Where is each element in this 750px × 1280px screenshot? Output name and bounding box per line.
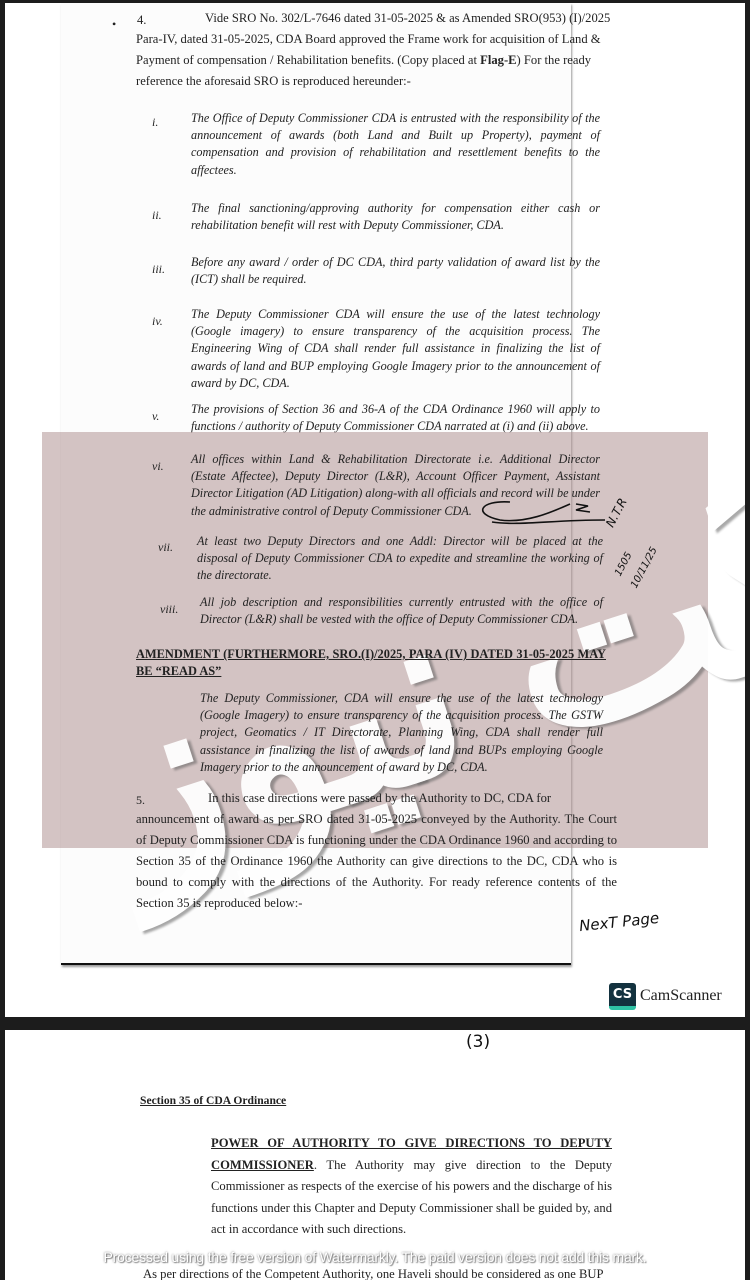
section-35-text: POWER OF AUTHORITY TO GIVE DIRECTIONS TO… (211, 1133, 612, 1241)
scanned-page-3: (3) Section 35 of CDA Ordinance POWER OF… (5, 1030, 745, 1280)
item-numeral: vii. (158, 540, 173, 555)
sro-item-i: The Office of Deputy Commissioner CDA is… (191, 110, 600, 179)
para-5-number: 5. (136, 793, 145, 808)
para-5-body: announcement of award as per SRO dated 3… (136, 809, 617, 914)
item-numeral: vi. (152, 459, 164, 474)
para-4-line1: Vide SRO No. 302/L-7646 dated 31-05-2025… (205, 8, 620, 29)
sro-item-v: The provisions of Section 36 and 36-A of… (191, 401, 600, 435)
signature-icon (470, 496, 610, 532)
flag-reference: Flag-E (480, 53, 516, 67)
bullet-dot: • (112, 17, 116, 32)
item-numeral: viii. (160, 602, 178, 617)
item-numeral: iv. (152, 314, 163, 329)
item-numeral: i. (152, 115, 158, 130)
para-4-number: 4. (137, 13, 146, 28)
para-4-line2: Para-IV, dated 31-05-2025, CDA Board app… (136, 29, 620, 50)
amendment-heading: AMENDMENT (FURTHERMORE, SRO.(I)/2025, PA… (136, 646, 606, 680)
camscanner-logo-icon: CS (609, 983, 636, 1010)
amendment-text: The Deputy Commissioner, CDA will ensure… (200, 690, 603, 776)
section-heading: Section 35 of CDA Ordinance (140, 1090, 286, 1111)
watermarkly-notice: Processed using the free version of Wate… (0, 1249, 750, 1265)
scanned-page-2: • 4. Vide SRO No. 302/L-7646 dated 31-05… (5, 3, 745, 1017)
camscanner-label: CamScanner (640, 987, 722, 1005)
sro-item-iv: The Deputy Commissioner CDA will ensure … (191, 306, 600, 392)
page-number: (3) (466, 1032, 490, 1052)
next-paragraph-cut: As per directions of the Competent Autho… (143, 1264, 623, 1280)
item-numeral: ii. (152, 208, 162, 223)
sro-item-viii: All job description and responsibilities… (200, 594, 603, 628)
sro-item-iii: Before any award / order of DC CDA, thir… (191, 254, 600, 288)
sro-item-ii: The final sanctioning/approving authorit… (191, 200, 600, 234)
para-4-line4: reference the aforesaid SRO is reproduce… (136, 71, 620, 92)
item-numeral: v. (152, 409, 159, 424)
para-4-line3: Payment of compensation / Rehabilitation… (136, 50, 620, 71)
sro-item-vii: At least two Deputy Directors and one Ad… (197, 533, 603, 585)
item-numeral: iii. (152, 262, 165, 277)
para-5-line1: In this case directions were passed by t… (208, 788, 617, 809)
